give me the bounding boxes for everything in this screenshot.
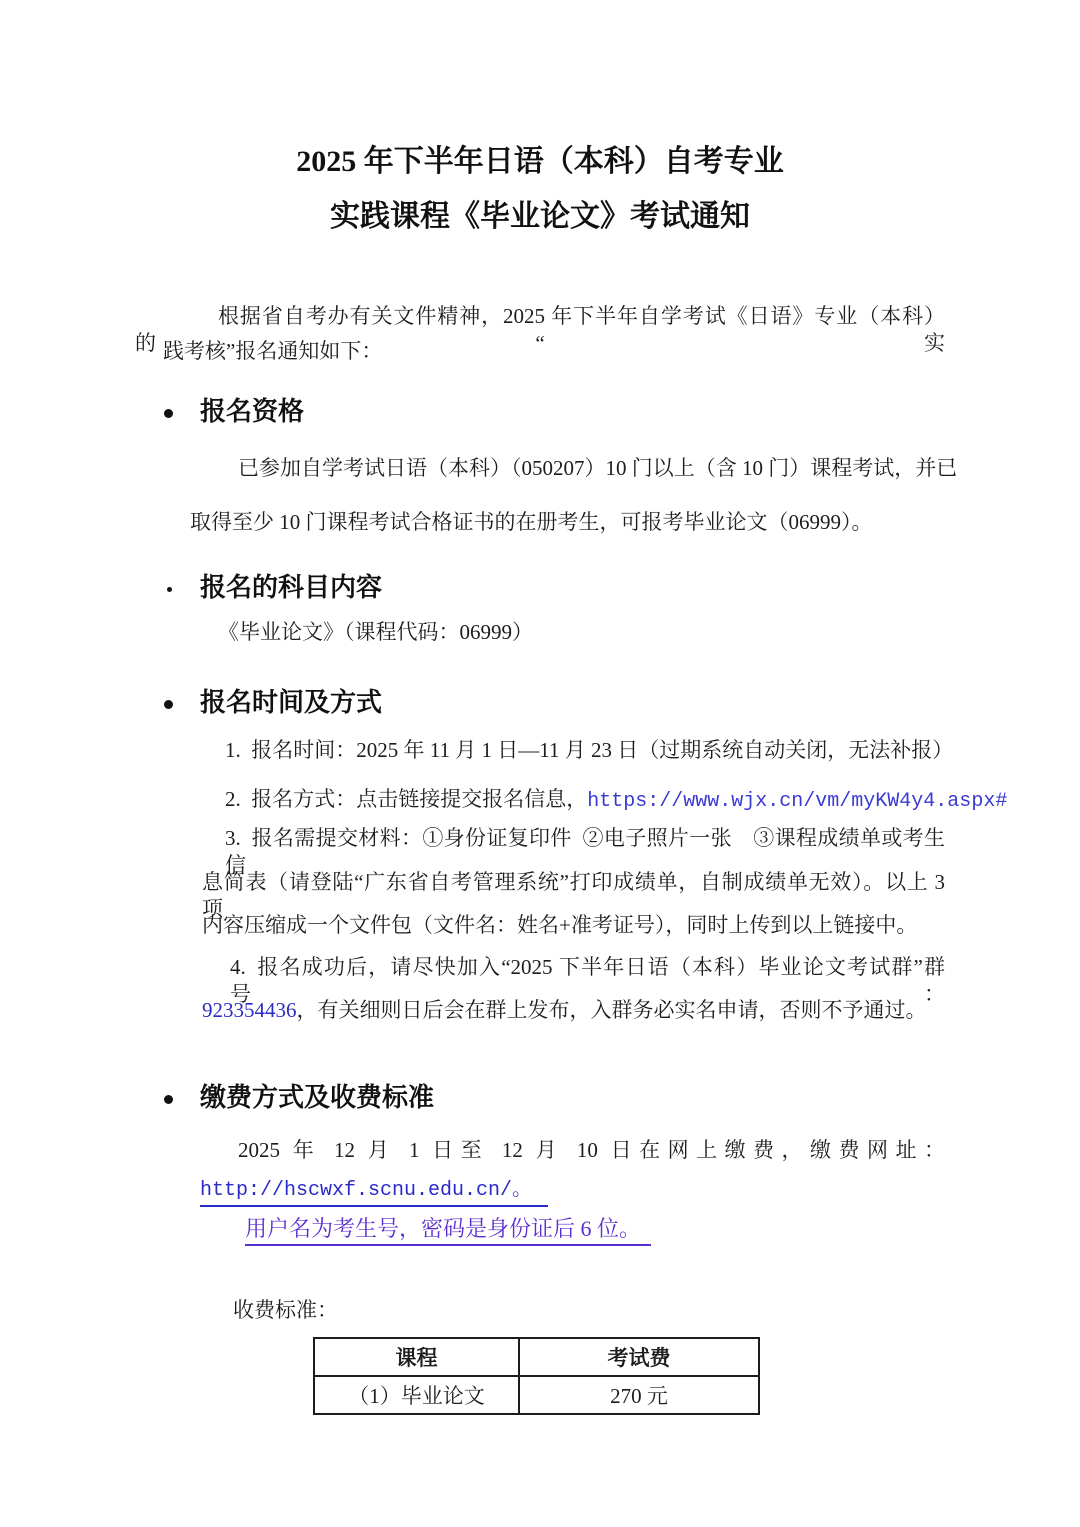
account-credentials-note: 用户名为考生号，密码是身份证后 6 位。: [245, 1215, 651, 1246]
payment-date-line: 2025 年 12 月 1 日至 12 月 10 日在网上缴费，缴费网址：: [238, 1137, 945, 1164]
section-heading-subject: 报名的科目内容: [200, 572, 382, 604]
eligibility-body-line2: 取得至少 10 门课程考试合格证书的在册考生，可报考毕业论文（06999）。: [190, 509, 873, 536]
bullet-icon: [164, 409, 173, 418]
subject-body: 《毕业论文》（课程代码：06999）: [218, 619, 533, 646]
qq-group-number: 923354436: [202, 998, 297, 1022]
notice-title-line2: 实践课程《毕业论文》考试通知: [135, 198, 945, 236]
fee-table-header-course: 课程: [314, 1338, 519, 1376]
schedule-item3-line3: 内容压缩成一个文件包（文件名：姓名+准考证号），同时上传到以上链接中。: [202, 912, 917, 939]
section-heading-eligibility: 报名资格: [200, 396, 304, 428]
notice-title-line1: 2025 年下半年日语（本科）自考专业: [135, 143, 945, 181]
wjx-registration-link[interactable]: https://www.wjx.cn/vm/myKW4y4.aspx#: [587, 790, 1007, 813]
section-heading-schedule: 报名时间及方式: [200, 687, 382, 719]
fee-table-header-fee: 考试费: [519, 1338, 759, 1376]
schedule-item4-line2: 923354436，有关细则日后会在群上发布，入群务必实名申请，否则不予通过。: [202, 997, 927, 1024]
notice-document: 2025 年下半年日语（本科）自考专业 实践课程《毕业论文》考试通知 根据省自考…: [0, 0, 1080, 1527]
fee-table-header-row: 课程 考试费: [314, 1338, 759, 1376]
section-heading-payment: 缴费方式及收费标准: [200, 1082, 434, 1114]
schedule-item2: 2. 报名方式：点击链接提交报名信息，https://www.wjx.cn/vm…: [225, 786, 1007, 815]
fee-table-cell-course: （1）毕业论文: [314, 1376, 519, 1414]
schedule-item1: 1. 报名时间：2025 年 11 月 1 日—11 月 23 日（过期系统自动…: [225, 737, 953, 764]
bullet-icon: [164, 1095, 173, 1104]
bullet-icon: [164, 700, 173, 709]
table-row: （1）毕业论文 270 元: [314, 1376, 759, 1414]
fee-standard-label: 收费标准：: [233, 1297, 338, 1324]
schedule-item4-line2-text: ，有关细则日后会在群上发布，入群务必实名申请，否则不予通过。: [297, 998, 927, 1022]
intro-paragraph-line2: 践考核”报名通知如下：: [163, 338, 382, 365]
payment-url-link[interactable]: http://hscwxf.scnu.edu.cn/。: [200, 1177, 548, 1207]
eligibility-body-line1: 已参加自学考试日语（本科）（050207）10 门以上（含 10 门）课程考试，…: [238, 455, 957, 482]
fee-table: 课程 考试费 （1）毕业论文 270 元: [313, 1337, 760, 1415]
bullet-icon: [167, 587, 172, 592]
fee-table-cell-fee: 270 元: [519, 1376, 759, 1414]
schedule-item2-text: 2. 报名方式：点击链接提交报名信息，: [225, 787, 587, 811]
